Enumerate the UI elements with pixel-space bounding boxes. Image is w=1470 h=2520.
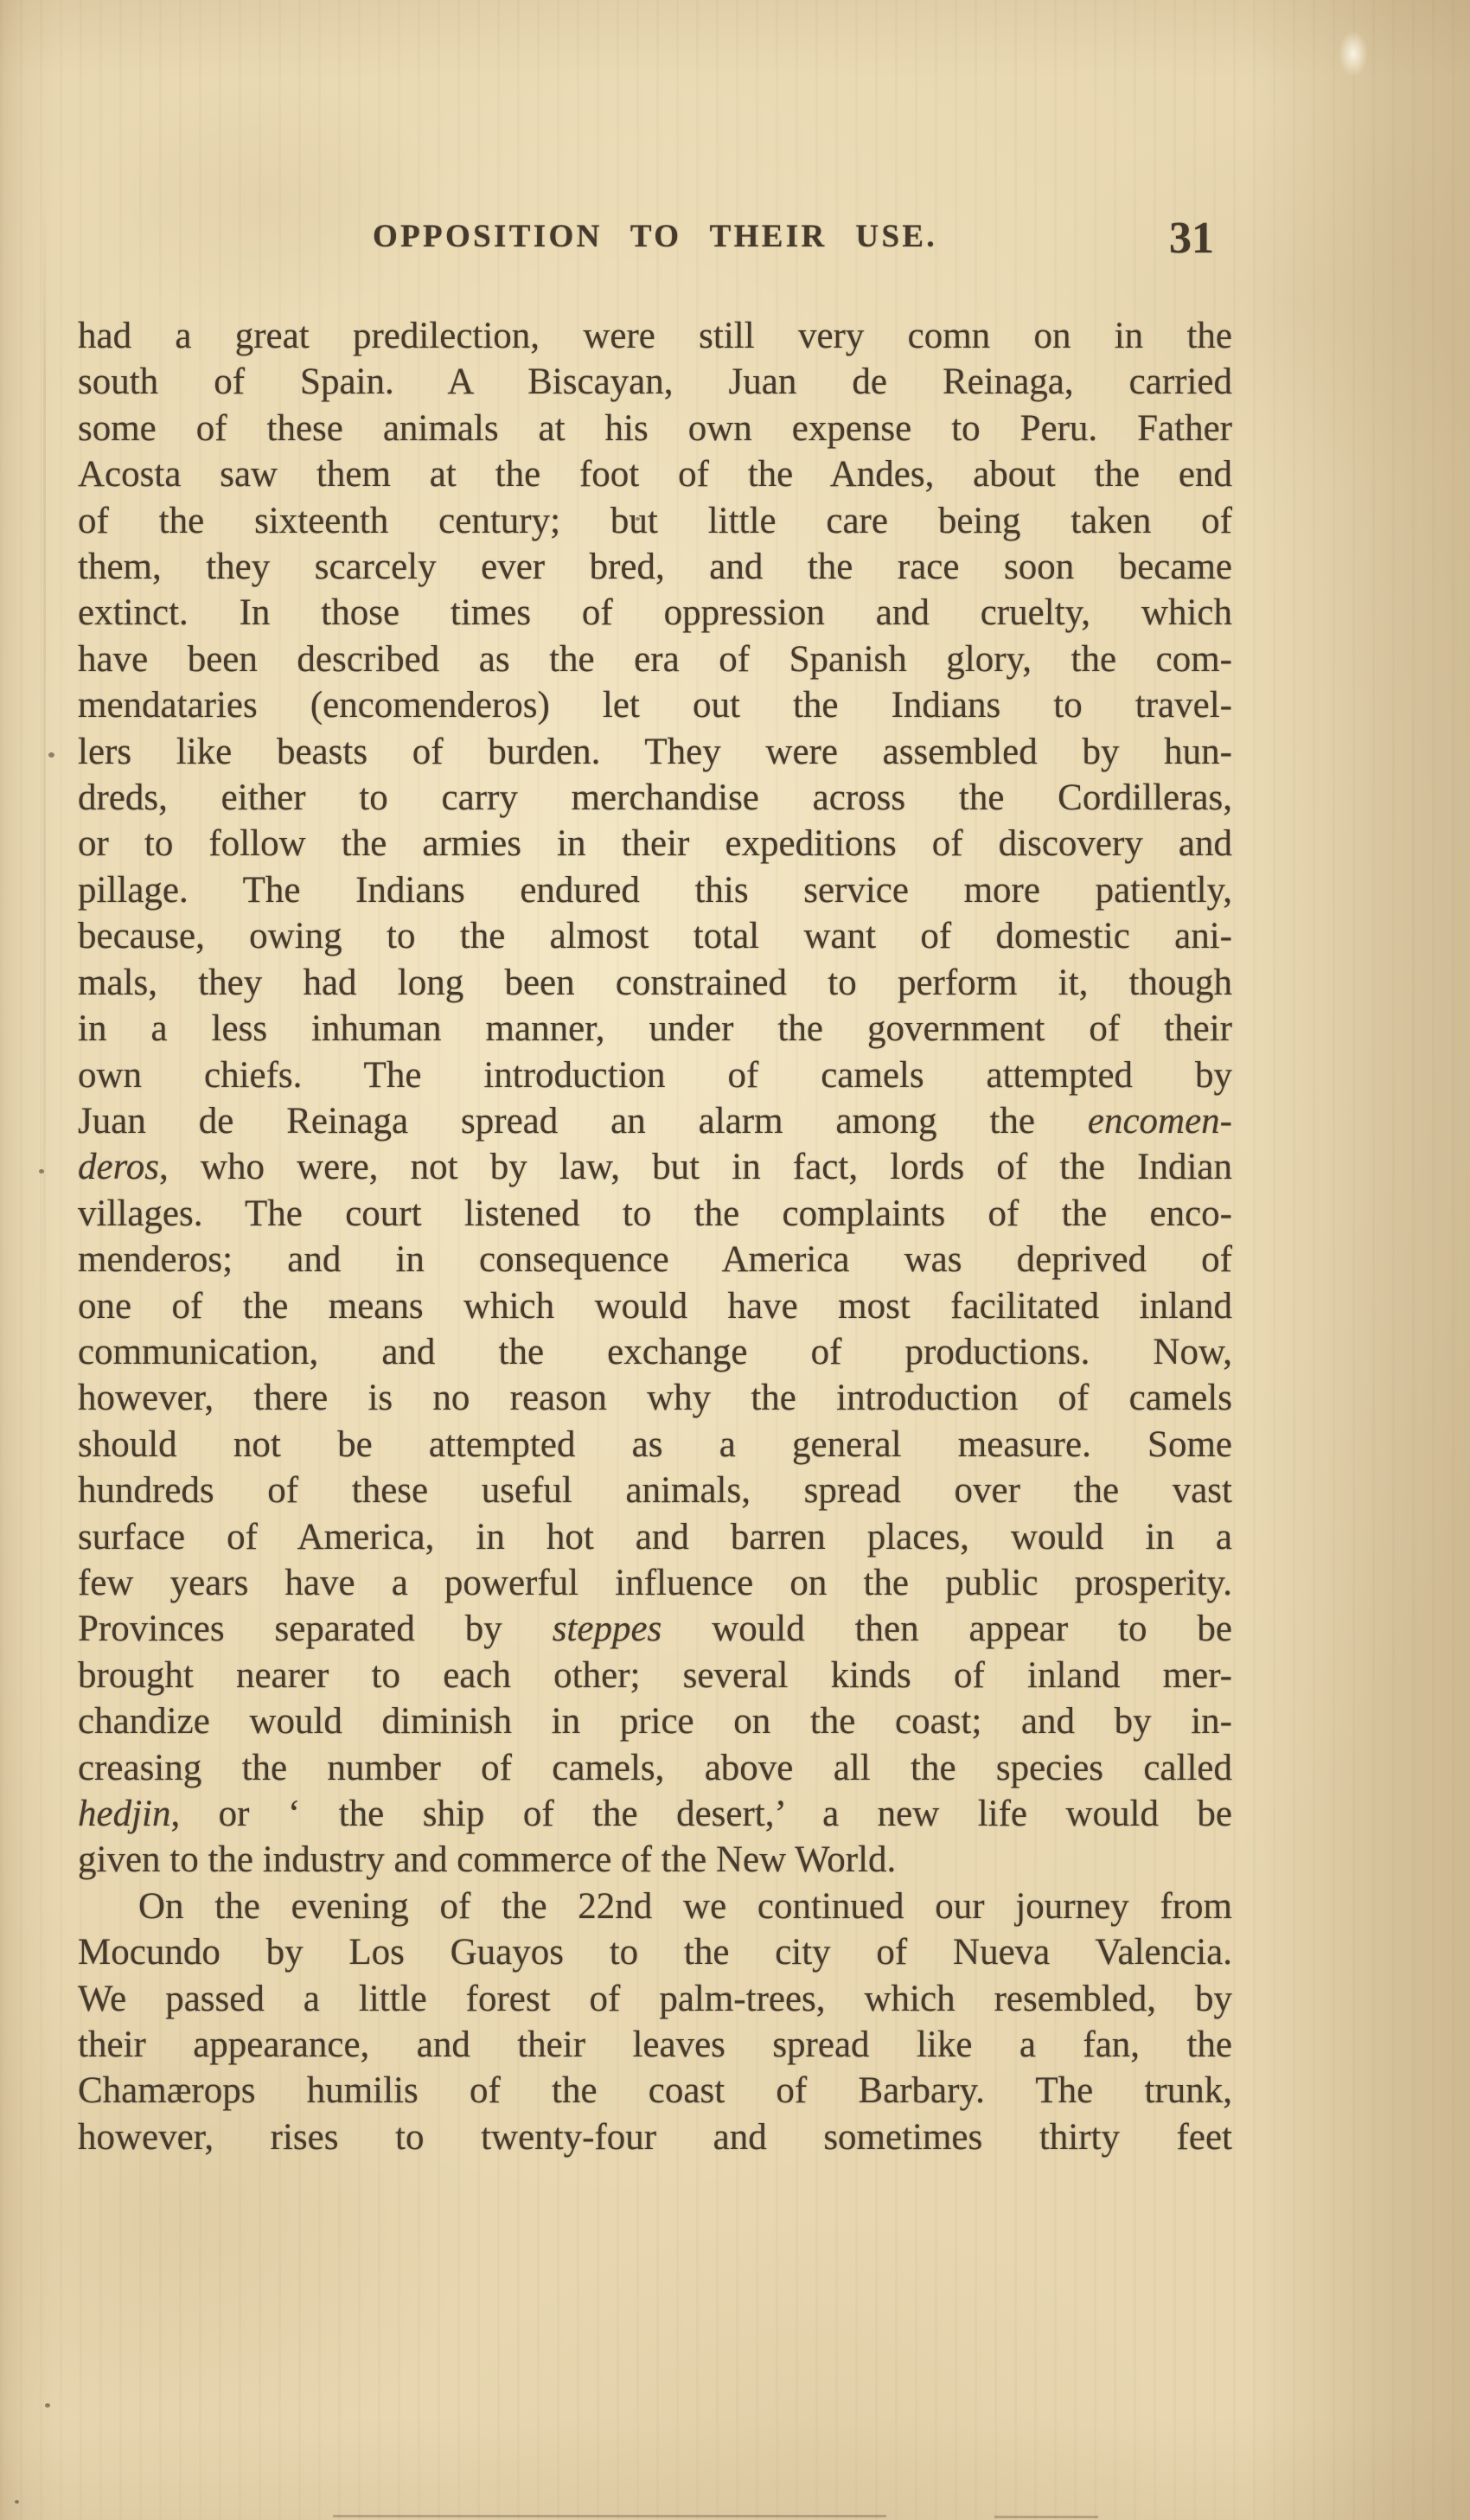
text-line: Juan de Reinaga spread an alarm among th… [78, 1098, 1232, 1144]
text-line: dreds, either to carry merchandise acros… [78, 775, 1232, 821]
text-segment: of the sixteenth century; but little car… [78, 501, 1232, 541]
text-segment: because, owing to the almost total want … [78, 916, 1232, 956]
text-line: however, rises to twenty-four and someti… [78, 2114, 1232, 2160]
page-number: 31 [1169, 213, 1247, 264]
text-line: because, owing to the almost total want … [78, 913, 1232, 959]
text-line: On the evening of the 22nd we continued … [78, 1884, 1232, 1929]
text-line: them, they scarcely ever bred, and the r… [78, 544, 1232, 590]
text-segment: creasing the number of camels, above all… [78, 1748, 1232, 1788]
scan-edge-mark [333, 2515, 886, 2517]
italic-text: encomen- [1088, 1101, 1232, 1142]
text-segment: pillage. The Indians endured this servic… [78, 870, 1232, 911]
text-line: some of these animals at his own expense… [78, 406, 1232, 451]
text-segment: in a less inhuman manner, under the gove… [78, 1008, 1232, 1049]
text-segment: have been described as the era of Spanis… [78, 639, 1232, 680]
paper-crease [43, 199, 46, 1410]
text-line: lers like beasts of burden. They were as… [78, 729, 1232, 775]
ink-speck [636, 517, 640, 521]
ink-speck [48, 752, 54, 758]
text-segment: lers like beasts of burden. They were as… [78, 732, 1232, 772]
text-line: pillage. The Indians endured this servic… [78, 867, 1232, 913]
text-segment: given to the industry and commerce of th… [78, 1839, 896, 1880]
text-segment: their appearance, and their leaves sprea… [78, 2024, 1232, 2065]
text-segment: some of these animals at his own expense… [78, 408, 1232, 449]
text-segment: few years have a powerful influence on t… [78, 1563, 1232, 1603]
text-segment: Mocundo by Los Guayos to the city of Nue… [78, 1932, 1232, 1973]
scan-edge-mark [994, 2516, 1098, 2518]
text-segment: We passed a little forest of palm-trees,… [78, 1979, 1232, 2019]
ink-speck [39, 1169, 44, 1174]
text-segment: should not be attempted as a general mea… [78, 1424, 1232, 1465]
text-segment: Chamærops humilis of the coast of Barbar… [78, 2070, 1232, 2111]
text-segment: Provinces separated by [78, 1609, 553, 1649]
text-segment: mals, they had long been constrained to … [78, 963, 1232, 1003]
italic-text: deros [78, 1147, 159, 1187]
text-line: mals, they had long been constrained to … [78, 960, 1232, 1006]
text-segment: one of the means which would have most f… [78, 1286, 1232, 1327]
text-line: deros, who were, not by law, but in fact… [78, 1144, 1232, 1190]
text-segment: extinct. In those times of oppression an… [78, 592, 1232, 633]
text-segment: or to follow the armies in their expedit… [78, 823, 1232, 864]
text-line: of the sixteenth century; but little car… [78, 498, 1232, 544]
text-line: hedjin, or ‘ the ship of the desert,’ a … [78, 1791, 1232, 1837]
text-line: communication, and the exchange of produ… [78, 1329, 1232, 1375]
text-segment: dreds, either to carry merchandise acros… [78, 777, 1232, 818]
running-header: OPPOSITION TO THEIR USE. [78, 218, 1232, 255]
ink-speck [45, 2403, 50, 2408]
body-text: had a great predilection, were still ver… [78, 313, 1232, 2160]
text-segment: own chiefs. The introduction of camels a… [78, 1055, 1232, 1096]
text-line: or to follow the armies in their expedit… [78, 821, 1232, 867]
text-line: hundreds of these useful animals, spread… [78, 1468, 1232, 1513]
text-segment: hundreds of these useful animals, spread… [78, 1470, 1232, 1511]
text-line: We passed a little forest of palm-trees,… [78, 1976, 1232, 2022]
text-line: chandize would diminish in price on the … [78, 1698, 1232, 1744]
text-segment: south of Spain. A Biscayan, Juan de Rein… [78, 361, 1232, 402]
text-segment: surface of America, in hot and barren pl… [78, 1517, 1232, 1557]
text-segment: brought nearer to each other; several ki… [78, 1655, 1232, 1696]
scanned-book-page: OPPOSITION TO THEIR USE. 31 had a great … [0, 0, 1470, 2520]
text-segment: On the evening of the 22nd we continued … [138, 1886, 1232, 1927]
text-line: Mocundo by Los Guayos to the city of Nue… [78, 1929, 1232, 1975]
text-line: should not be attempted as a general mea… [78, 1422, 1232, 1468]
text-line: menderos; and in consequence America was… [78, 1237, 1232, 1282]
text-line: brought nearer to each other; several ki… [78, 1653, 1232, 1698]
text-segment: Acosta saw them at the foot of the Andes… [78, 454, 1232, 495]
text-line: mendataries (encomenderos) let out the I… [78, 682, 1232, 728]
text-line: Provinces separated by steppes would the… [78, 1606, 1232, 1652]
text-line: villages. The court listened to the comp… [78, 1191, 1232, 1237]
text-line: their appearance, and their leaves sprea… [78, 2022, 1232, 2068]
text-segment: them, they scarcely ever bred, and the r… [78, 547, 1232, 587]
text-line: have been described as the era of Spanis… [78, 636, 1232, 682]
text-segment: , or ‘ the ship of the desert,’ a new li… [170, 1794, 1232, 1834]
text-line: Acosta saw them at the foot of the Andes… [78, 451, 1232, 497]
text-line: Chamærops humilis of the coast of Barbar… [78, 2068, 1232, 2114]
text-line: given to the industry and commerce of th… [78, 1837, 1232, 1883]
text-segment: had a great predilection, were still ver… [78, 316, 1232, 356]
text-line: few years have a powerful influence on t… [78, 1560, 1232, 1606]
text-segment: , who were, not by law, but in fact, lor… [159, 1147, 1232, 1187]
text-segment: however, there is no reason why the intr… [78, 1378, 1232, 1418]
ink-speck [15, 2500, 19, 2504]
text-line: extinct. In those times of oppression an… [78, 590, 1232, 636]
text-segment: would then appear to be [661, 1609, 1232, 1649]
text-segment: chandize would diminish in price on the … [78, 1701, 1232, 1742]
text-line: had a great predilection, were still ver… [78, 313, 1232, 359]
italic-text: hedjin [78, 1794, 170, 1834]
text-line: surface of America, in hot and barren pl… [78, 1514, 1232, 1560]
text-segment: menderos; and in consequence America was… [78, 1239, 1232, 1280]
text-line: however, there is no reason why the intr… [78, 1375, 1232, 1421]
text-line: one of the means which would have most f… [78, 1283, 1232, 1329]
text-segment: villages. The court listened to the comp… [78, 1193, 1232, 1234]
text-line: own chiefs. The introduction of camels a… [78, 1052, 1232, 1098]
text-segment: however, rises to twenty-four and someti… [78, 2117, 1232, 2158]
text-segment: communication, and the exchange of produ… [78, 1332, 1232, 1372]
text-segment: Juan de Reinaga spread an alarm among th… [78, 1101, 1088, 1142]
italic-text: steppes [553, 1609, 662, 1649]
text-segment: mendataries (encomenderos) let out the I… [78, 685, 1232, 726]
text-line: creasing the number of camels, above all… [78, 1745, 1232, 1791]
text-line: south of Spain. A Biscayan, Juan de Rein… [78, 359, 1232, 405]
text-line: in a less inhuman manner, under the gove… [78, 1006, 1232, 1052]
